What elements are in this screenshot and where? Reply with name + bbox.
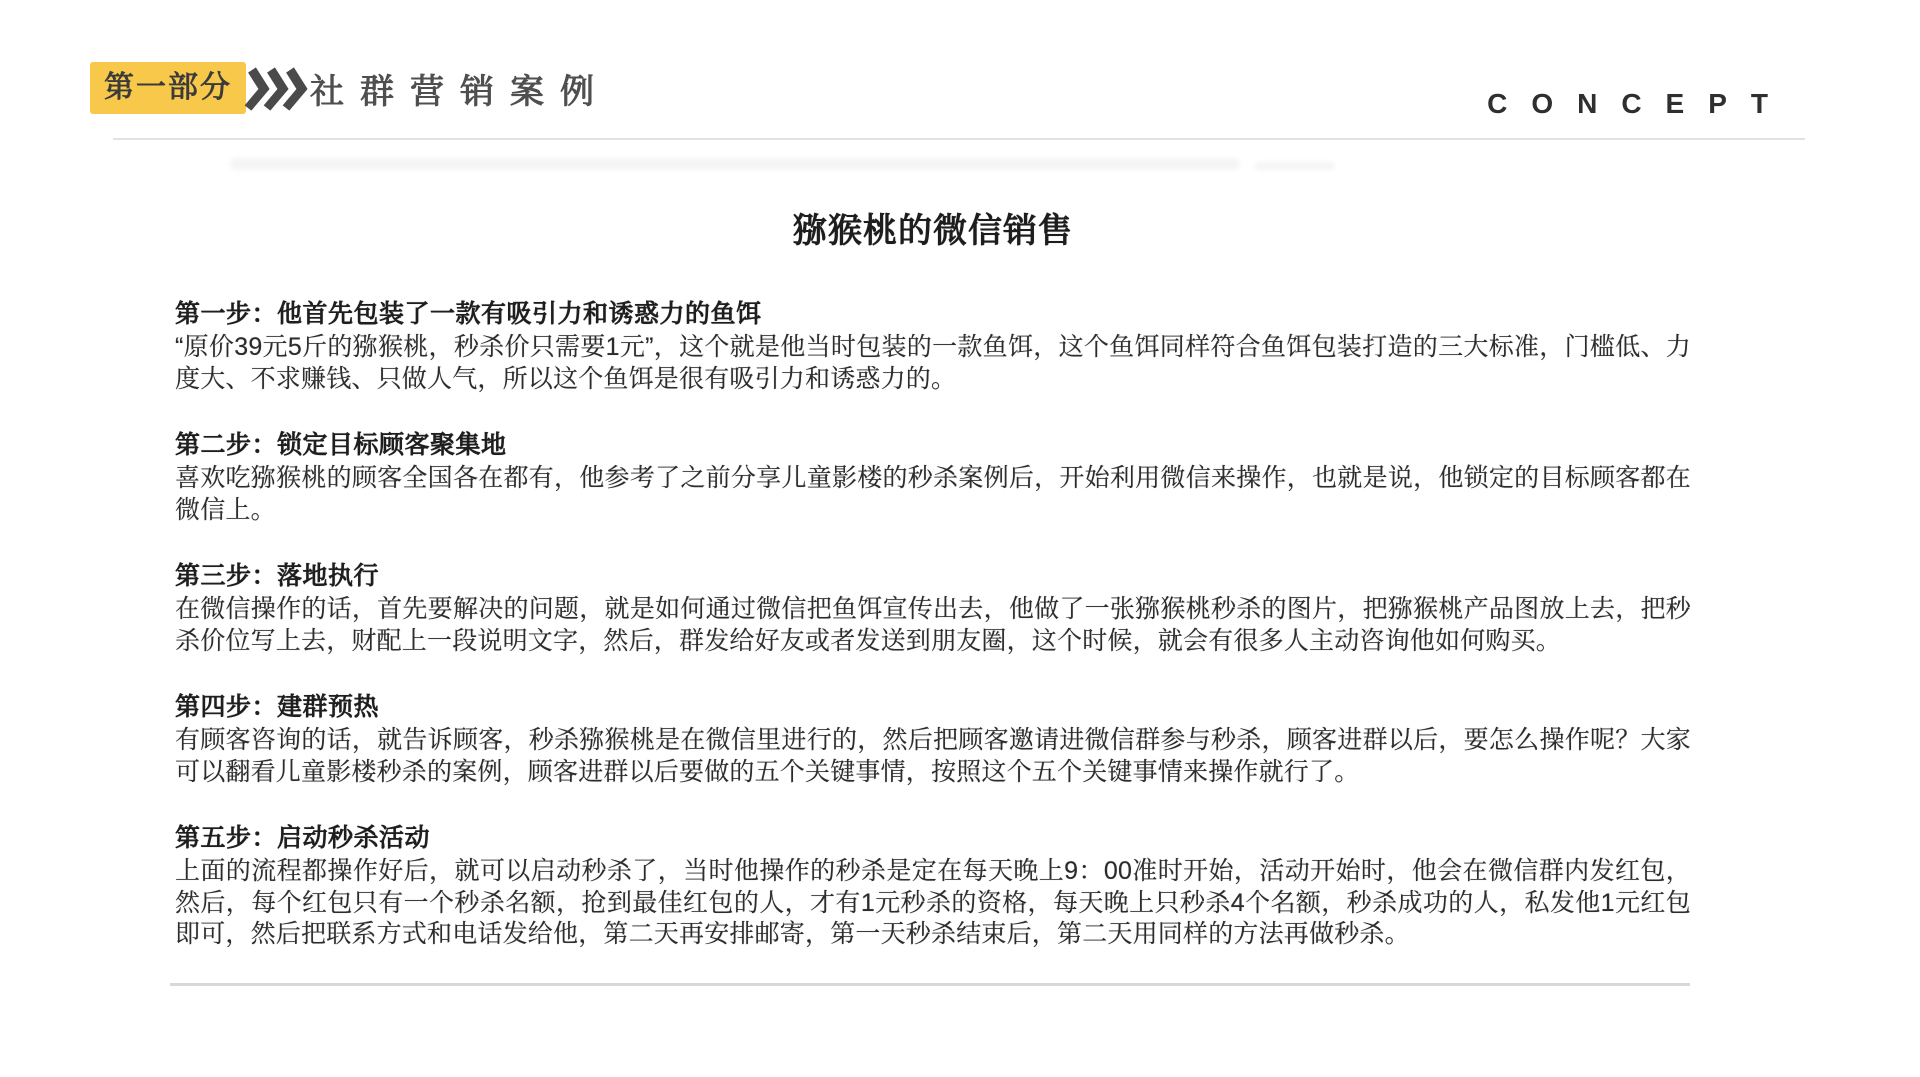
step-5-body: 上面的流程都操作好后，就可以启动秒杀了，当时他操作的秒杀是定在每天晚上9：00准… <box>175 856 1691 951</box>
step-4-body: 有顾客咨询的话，就告诉顾客，秒杀猕猴桃是在微信里进行的，然后把顾客邀请进微信群参… <box>175 725 1691 788</box>
step-1-body: “原价39元5斤的猕猴桃，秒杀价只需要1元”，这个就是他当时包装的一款鱼饵，这个… <box>175 332 1691 395</box>
step-2-body: 喜欢吃猕猴桃的顾客全国各在都有，他参考了之前分享儿童影楼的秒杀案例后，开始利用微… <box>175 463 1691 526</box>
document-body: 猕猴桃的微信销售 第一步：他首先包装了一款有吸引力和诱惑力的鱼饵 “原价39元5… <box>175 210 1691 985</box>
part-badge: 第一部分 <box>90 62 246 114</box>
step-2-section: 第二步：锁定目标顾客聚集地 喜欢吃猕猴桃的顾客全国各在都有，他参考了之前分享儿童… <box>175 429 1691 526</box>
document-title: 猕猴桃的微信销售 <box>175 210 1691 252</box>
step-1-heading: 第一步：他首先包装了一款有吸引力和诱惑力的鱼饵 <box>175 298 1691 331</box>
step-3-section: 第三步：落地执行 在微信操作的话，首先要解决的问题，就是如何通过微信把鱼饵宣传出… <box>175 560 1691 657</box>
step-1-section: 第一步：他首先包装了一款有吸引力和诱惑力的鱼饵 “原价39元5斤的猕猴桃，秒杀价… <box>175 298 1691 395</box>
page-title: 社群营销案例 <box>310 64 610 113</box>
step-4-section: 第四步：建群预热 有顾客咨询的话，就告诉顾客，秒杀猕猴桃是在微信里进行的，然后把… <box>175 691 1691 788</box>
step-3-body: 在微信操作的话，首先要解决的问题，就是如何通过微信把鱼饵宣传出去，他做了一张猕猴… <box>175 594 1691 657</box>
step-5-section: 第五步：启动秒杀活动 上面的流程都操作好后，就可以启动秒杀了，当时他操作的秒杀是… <box>175 822 1691 951</box>
scan-artifact <box>230 158 1240 170</box>
step-2-heading: 第二步：锁定目标顾客聚集地 <box>175 429 1691 462</box>
header-divider <box>113 138 1805 140</box>
slide: 第一部分 社群营销案例 CONCEPT 猕猴桃的微信销售 第一步：他首先包装了一… <box>0 0 1920 1077</box>
step-4-heading: 第四步：建群预热 <box>175 691 1691 724</box>
triple-chevron-icon <box>244 66 311 112</box>
scan-artifact <box>1255 162 1335 170</box>
step-3-heading: 第三步：落地执行 <box>175 560 1691 593</box>
footer-divider <box>170 983 1690 986</box>
step-5-heading: 第五步：启动秒杀活动 <box>175 822 1691 855</box>
concept-label: CONCEPT <box>1487 88 1792 120</box>
